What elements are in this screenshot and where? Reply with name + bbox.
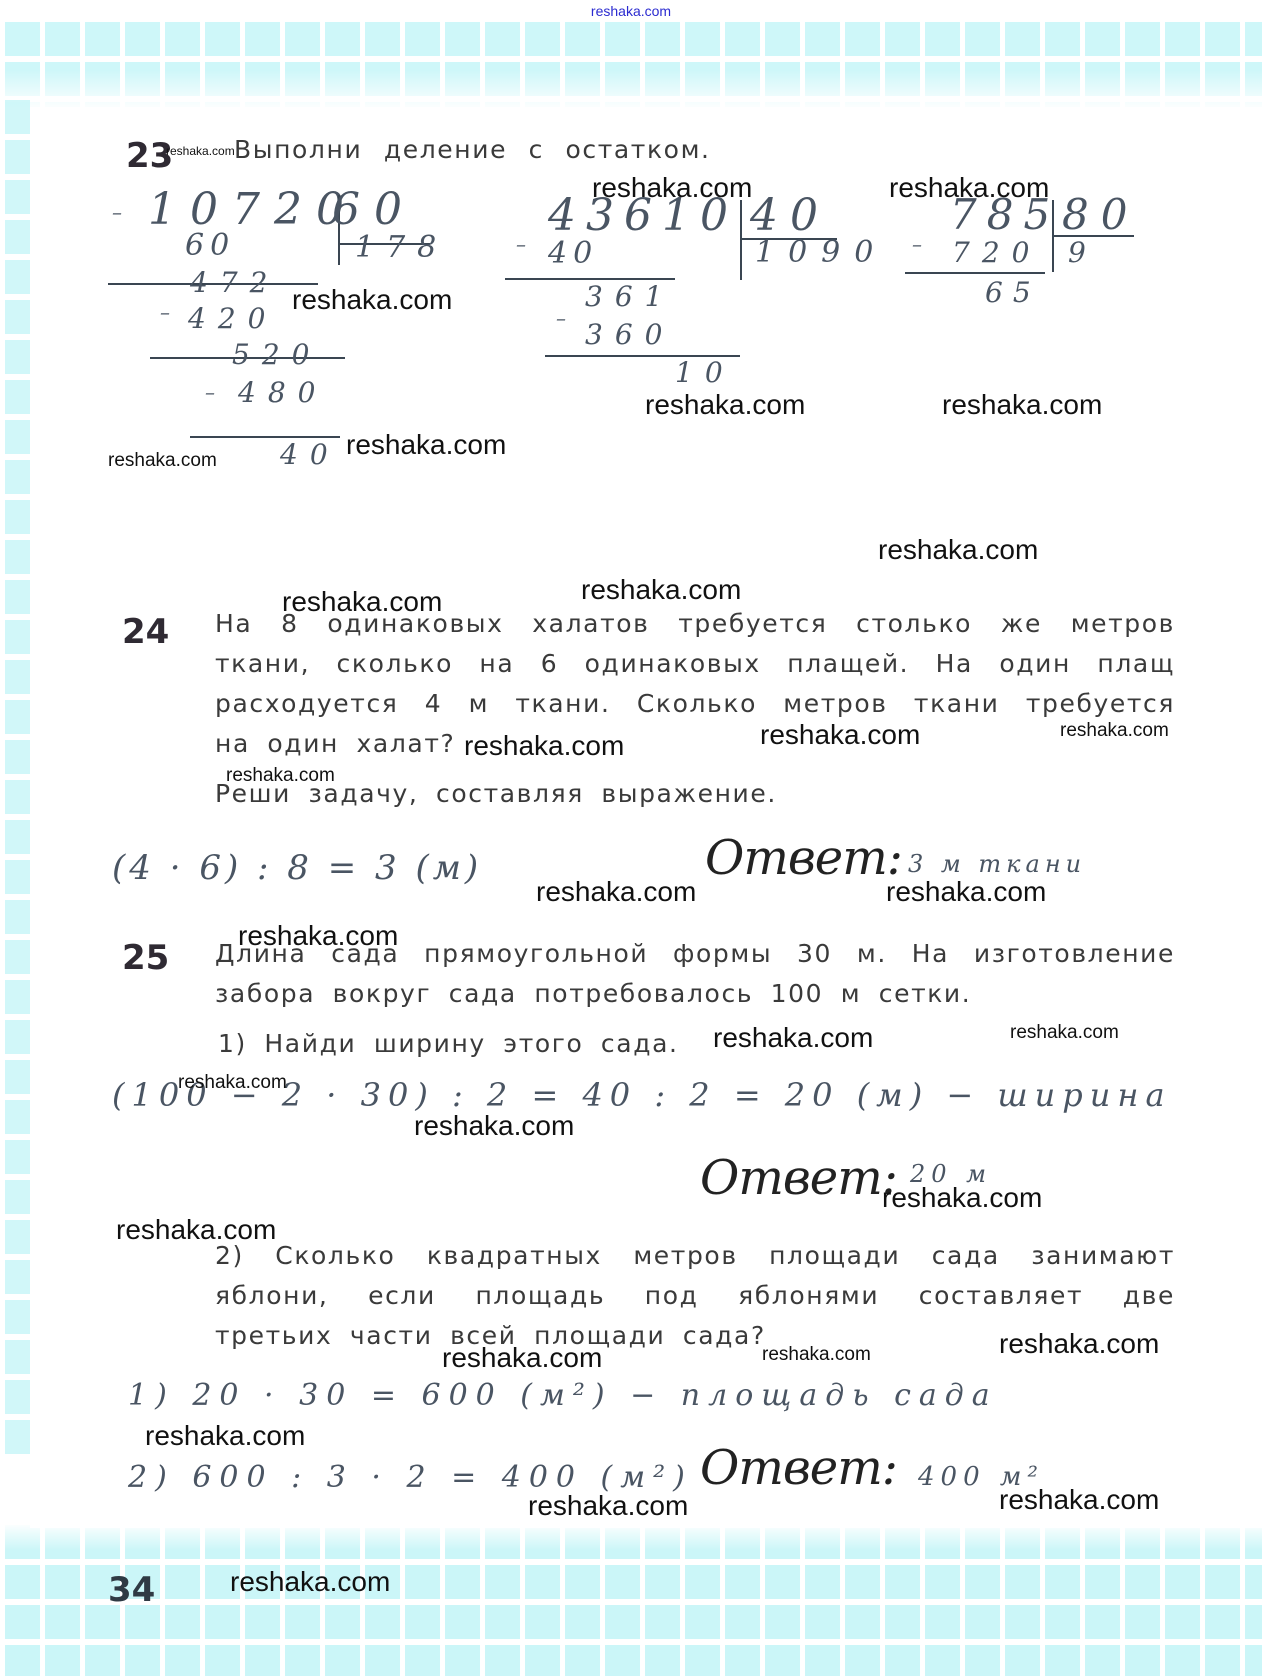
watermark: reshaka.com: [760, 719, 920, 751]
watermark: reshaka.com: [178, 1072, 287, 1094]
quotient: 9: [1068, 236, 1092, 269]
handwritten-answer: 3 м ткани: [908, 850, 1086, 878]
step: 361: [585, 280, 674, 313]
step: 60: [185, 228, 235, 263]
watermark: reshaka.com: [889, 172, 1049, 204]
answer-label: Ответ:: [700, 1150, 897, 1206]
divisor: 60: [332, 184, 416, 235]
remainder: 10: [675, 356, 735, 389]
site-header-watermark[interactable]: reshaka.com: [0, 0, 1262, 22]
watermark: reshaka.com: [1010, 1022, 1119, 1044]
quotient: 1090: [755, 235, 887, 270]
watermark: reshaka.com: [878, 534, 1038, 566]
task-text-line: ткани, сколько на 6 одинаковых плащей. Н…: [215, 644, 1175, 683]
task-number: 24: [122, 612, 169, 652]
watermark: reshaka.com: [414, 1110, 574, 1142]
minus-sign: –: [112, 200, 132, 224]
watermark: reshaka.com: [292, 284, 452, 316]
watermark: reshaka.com: [166, 144, 235, 158]
minus-sign: –: [912, 232, 932, 256]
watermark: reshaka.com: [999, 1484, 1159, 1516]
step: 720: [952, 236, 1041, 269]
rule-line: [905, 272, 1045, 274]
task-text-line: 2) Сколько квадратных метров площади сад…: [215, 1236, 1175, 1275]
answer-label: Ответ:: [705, 830, 902, 886]
divisor: 80: [1062, 190, 1139, 239]
remainder: 65: [985, 276, 1041, 309]
task-text-line: расходуется 4 м ткани. Сколько метров тк…: [215, 684, 1175, 723]
watermark: reshaka.com: [346, 429, 506, 461]
watermark: reshaka.com: [238, 920, 398, 952]
watermark: reshaka.com: [145, 1420, 305, 1452]
step: 420: [188, 302, 277, 335]
minus-sign: –: [205, 380, 225, 404]
watermark: reshaka.com: [999, 1328, 1159, 1360]
watermark: reshaka.com: [592, 172, 752, 204]
watermark: reshaka.com: [942, 389, 1102, 421]
watermark: reshaka.com: [108, 450, 217, 472]
page-number: 34: [108, 1570, 155, 1610]
handwritten-solution: (4 · 6) : 8 = 3 (м): [112, 848, 482, 888]
handwritten-step-1: 1) 20 · 30 = 600 (м²) − площадь сада: [128, 1378, 998, 1413]
watermark: reshaka.com: [762, 1344, 871, 1366]
watermark: reshaka.com: [282, 586, 442, 618]
step: 480: [238, 376, 327, 409]
step: 520: [232, 338, 321, 371]
minus-sign: –: [516, 232, 536, 256]
watermark: reshaka.com: [1060, 720, 1169, 742]
remainder: 40: [280, 438, 340, 471]
watermark: reshaka.com: [464, 730, 624, 762]
watermark: reshaka.com: [442, 1342, 602, 1374]
step: 360: [585, 318, 674, 351]
watermark: reshaka.com: [536, 876, 696, 908]
watermark: reshaka.com: [645, 389, 805, 421]
watermark: reshaka.com: [886, 876, 1046, 908]
answer-label: Ответ:: [700, 1440, 897, 1496]
division-bar: [740, 200, 742, 280]
task-text-line: забора вокруг сада потребовалось 100 м с…: [215, 974, 1065, 1013]
task-title: Выполни деление с остатком.: [234, 130, 714, 169]
task-number: 25: [122, 938, 169, 978]
watermark: reshaka.com: [528, 1490, 688, 1522]
dividend: 10720: [148, 184, 358, 235]
watermark: reshaka.com: [116, 1214, 276, 1246]
divisor-underline: [1054, 235, 1134, 237]
watermark: reshaka.com: [581, 574, 741, 606]
step: 40: [548, 236, 598, 271]
minus-sign: –: [160, 300, 180, 324]
minus-sign: –: [556, 306, 576, 330]
task-text-line: яблони, если площадь под яблонями состав…: [215, 1276, 1175, 1315]
step: 472: [190, 266, 279, 299]
divisor: 40: [750, 190, 830, 241]
watermark: reshaka.com: [226, 765, 335, 787]
decorative-grid-left: [0, 100, 30, 1460]
watermark: reshaka.com: [713, 1022, 873, 1054]
watermark: reshaka.com: [230, 1566, 390, 1598]
watermark: reshaka.com: [882, 1182, 1042, 1214]
quotient: 178: [355, 230, 448, 265]
